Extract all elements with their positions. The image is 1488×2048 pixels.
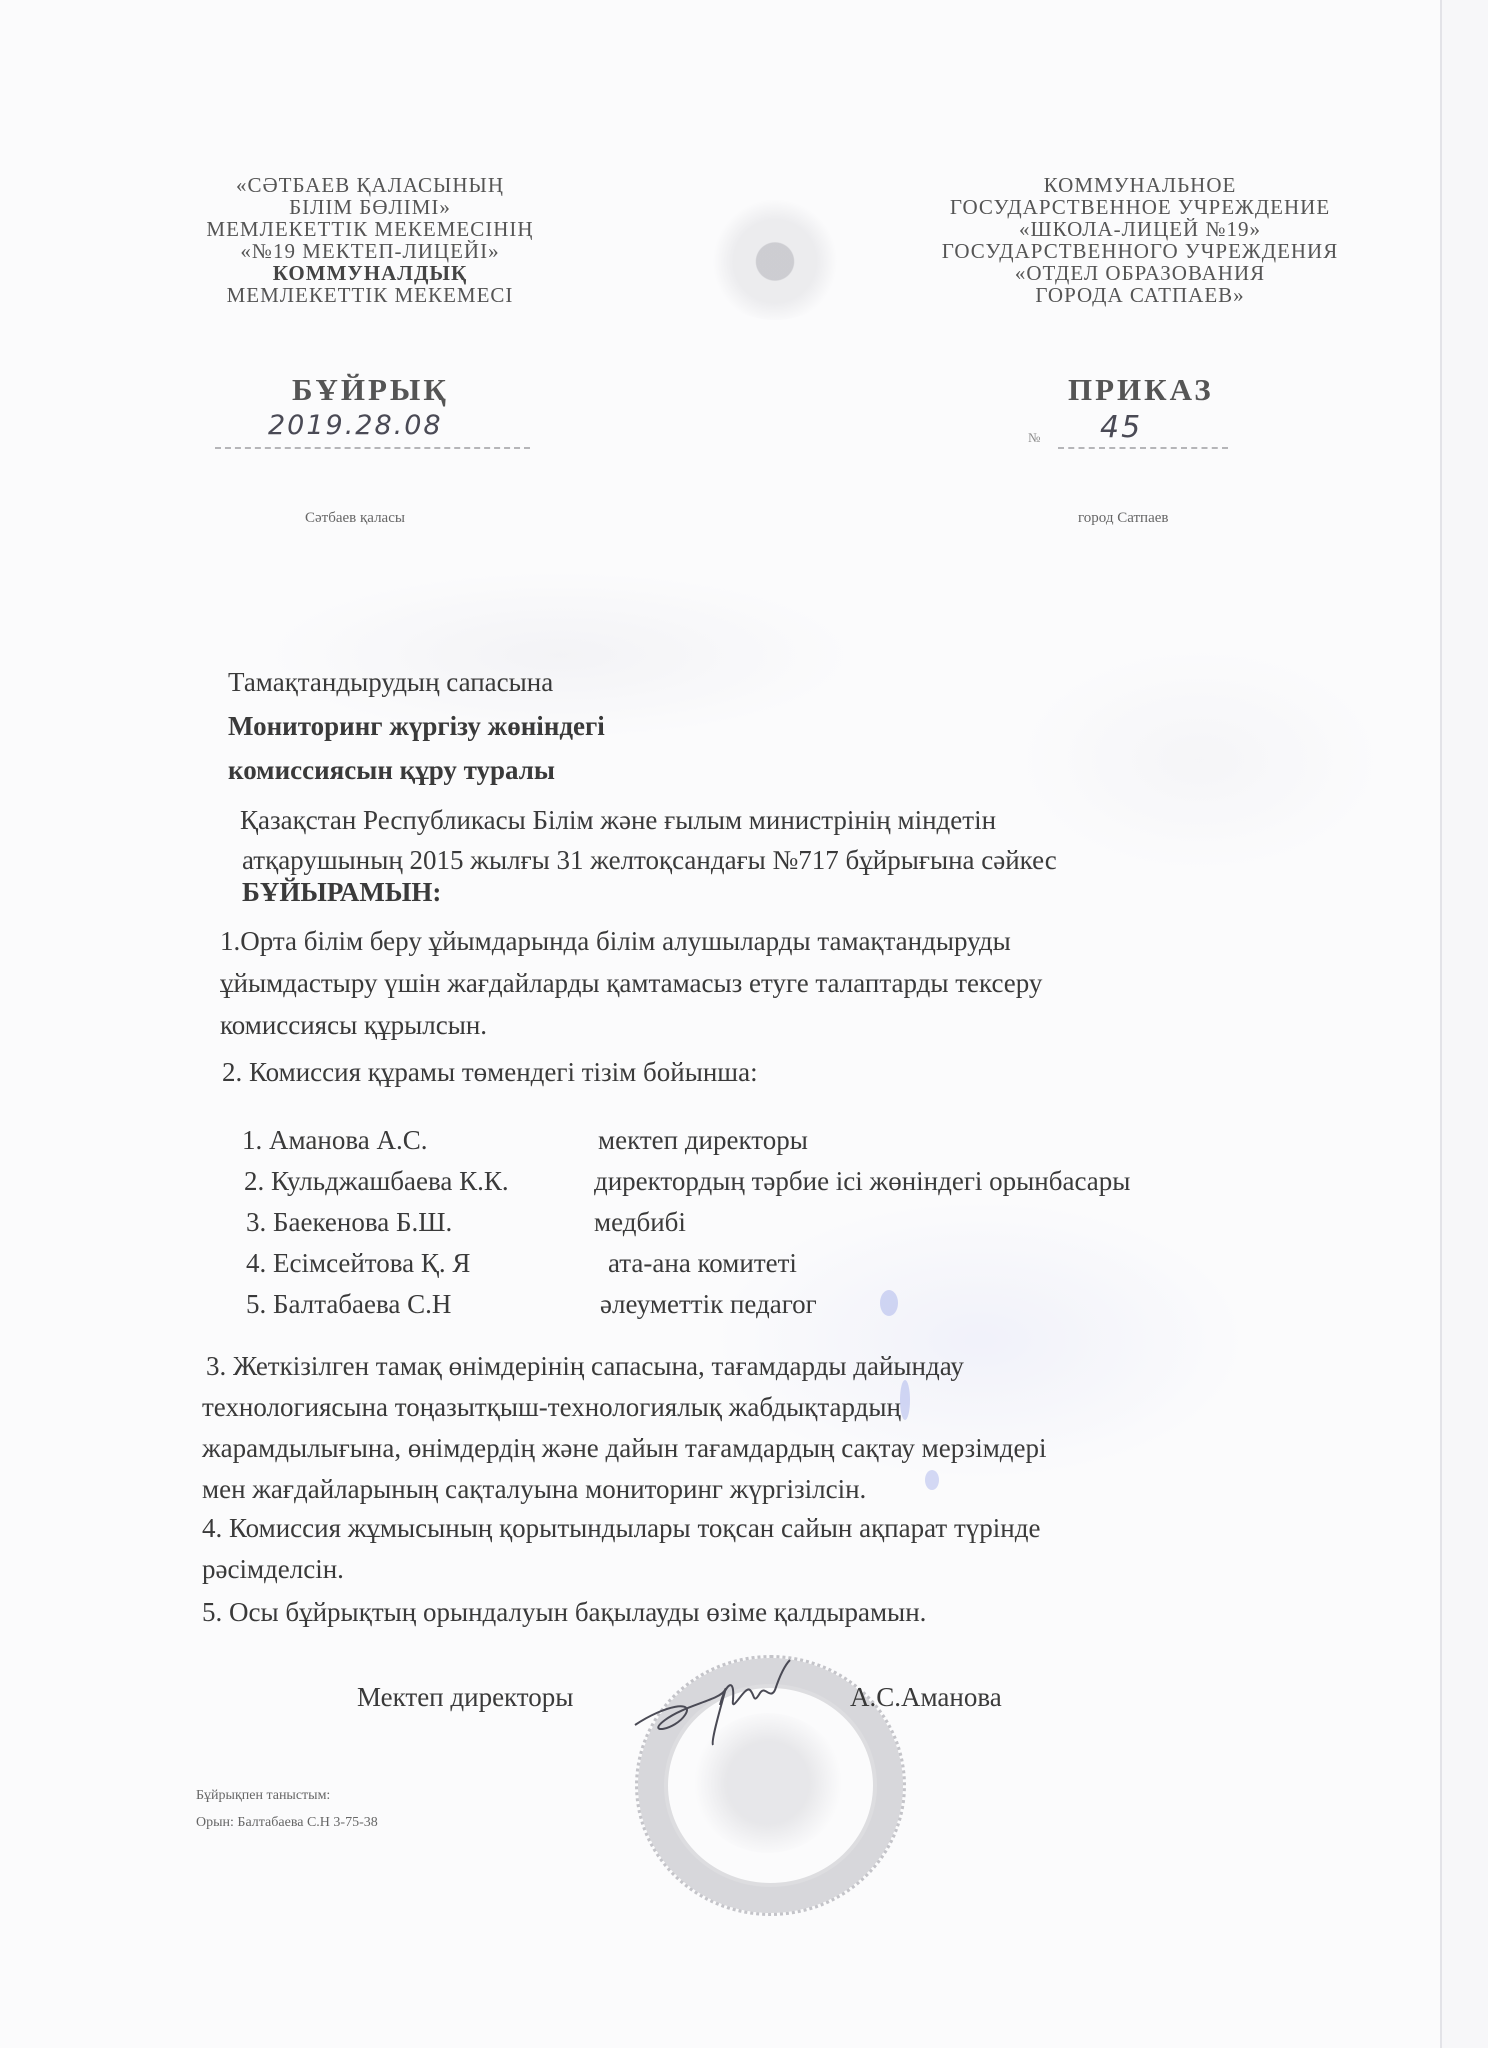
header-ru-line: КОММУНАЛЬНОЕ <box>900 174 1380 196</box>
header-kz-line: КОММУНАЛДЫҚ <box>170 262 570 284</box>
order-title-kz: БҰЙРЫҚ <box>292 372 449 408</box>
header-ru-line: ГОРОДА САТПАЕВ» <box>900 284 1380 306</box>
header-ru-line: ГОСУДАРСТВЕННОГО УЧРЕЖДЕНИЯ <box>900 240 1380 262</box>
date-line <box>215 447 530 449</box>
decree-word: БҰЙЫРАМЫН: <box>242 872 441 912</box>
header-russian: КОММУНАЛЬНОЕ ГОСУДАРСТВЕННОЕ УЧРЕЖДЕНИЕ … <box>900 174 1380 306</box>
header-kz-line: БІЛІМ БӨЛІМІ» <box>170 196 570 218</box>
handwritten-order-number: 45 <box>1100 410 1142 445</box>
order-subject: Тамақтандырудың сапасына Мониторинг жүрг… <box>228 660 605 792</box>
item-1-line: ұйымдастыру үшін жағдайларды қамтамасыз … <box>220 962 1042 1004</box>
ink-speck <box>880 1290 898 1316</box>
member-name: 4. Есімсейтова Қ. Я <box>246 1243 470 1284</box>
preamble: Қазақстан Республикасы Білім және ғылым … <box>240 800 1057 880</box>
header-kz-line: МЕМЛЕКЕТТІК МЕКЕМЕСІНІҢ <box>170 218 570 240</box>
member-name: 2. Кульджашбаева К.К. <box>244 1161 509 1202</box>
signatory-name: А.С.Аманова <box>850 1682 1002 1713</box>
item-3-line: жарамдылығына, өнімдердің және дайын тағ… <box>202 1428 1047 1469</box>
ink-speck <box>900 1380 910 1420</box>
item-3: 3. Жеткізілген тамақ өнімдерінің сапасын… <box>202 1346 1047 1510</box>
city-ru: город Сатпаев <box>1078 510 1168 527</box>
header-kz-line: МЕМЛЕКЕТТІК МЕКЕМЕСІ <box>170 284 570 306</box>
member-name: 3. Баекенова Б.Ш. <box>246 1202 452 1243</box>
header-ru-line: «ШКОЛА-ЛИЦЕЙ №19» <box>900 218 1380 240</box>
city-kz: Сәтбаев қаласы <box>305 510 405 527</box>
handwritten-date: 2019.28.08 <box>268 410 443 441</box>
item-1-line: 1.Орта білім беру ұйымдарында білім алуш… <box>220 920 1042 962</box>
acknowledgement-label: Бұйрықпен таныстым: <box>196 1788 330 1804</box>
document-page: «СӘТБАЕВ ҚАЛАСЫНЫҢ БІЛІМ БӨЛІМІ» МЕМЛЕКЕ… <box>0 0 1442 2048</box>
state-emblem-icon <box>700 190 850 320</box>
member-role: ата-ана комитеті <box>608 1243 797 1284</box>
item-1-line: комиссиясы құрылсын. <box>220 1004 1042 1046</box>
header-ru-line: ГОСУДАРСТВЕННОЕ УЧРЕЖДЕНИЕ <box>900 196 1380 218</box>
item-4-line: рәсімделсін. <box>202 1549 1040 1590</box>
item-1: 1.Орта білім беру ұйымдарында білім алуш… <box>220 920 1042 1046</box>
item-5: 5. Осы бұйрықтың орындалуын бақылауды өз… <box>202 1592 926 1632</box>
member-role: әлеуметтік педагог <box>600 1284 817 1325</box>
acknowledgement-contact: Орын: Балтабаева С.Н 3-75-38 <box>196 1815 378 1831</box>
item-4-line: 4. Комиссия жұмысының қорытындылары тоқс… <box>202 1508 1040 1549</box>
header-ru-line: «ОТДЕЛ ОБРАЗОВАНИЯ <box>900 262 1380 284</box>
member-name: 1. Аманова А.С. <box>242 1120 427 1161</box>
item-3-line: мен жағдайларының сақталуына мониторинг … <box>202 1469 1047 1510</box>
header-kz-line: «СӘТБАЕВ ҚАЛАСЫНЫҢ <box>170 174 570 196</box>
subject-line: комиссиясын құру туралы <box>228 748 605 792</box>
header-kazakh: «СӘТБАЕВ ҚАЛАСЫНЫҢ БІЛІМ БӨЛІМІ» МЕМЛЕКЕ… <box>170 174 570 306</box>
ink-speck <box>925 1470 939 1490</box>
subject-line: Тамақтандырудың сапасына <box>228 660 605 704</box>
item-3-line: 3. Жеткізілген тамақ өнімдерінің сапасын… <box>206 1346 1047 1387</box>
signatory-title: Мектеп директоры <box>357 1682 573 1713</box>
handwritten-signature-icon <box>625 1645 845 1755</box>
subject-line: Мониторинг жүргізу жөніндегі <box>228 704 605 748</box>
number-sign: № <box>1028 430 1040 446</box>
member-role: директордың тәрбие ісі жөніндегі орынбас… <box>594 1161 1130 1202</box>
member-role: мектеп директоры <box>598 1120 808 1161</box>
item-2: 2. Комиссия құрамы төмендегі тізім бойын… <box>222 1052 758 1092</box>
number-line <box>1058 447 1228 449</box>
item-3-line: технологиясына тоңазытқыш-технологиялық … <box>202 1387 1047 1428</box>
order-title-ru: ПРИКАЗ <box>1068 372 1214 408</box>
preamble-line: Қазақстан Республикасы Білім және ғылым … <box>240 800 1057 840</box>
item-4: 4. Комиссия жұмысының қорытындылары тоқс… <box>202 1508 1040 1590</box>
member-role: медбибі <box>594 1202 686 1243</box>
member-name: 5. Балтабаева С.Н <box>246 1284 451 1325</box>
header-kz-line: «№19 МЕКТЕП-ЛИЦЕЙІ» <box>170 240 570 262</box>
